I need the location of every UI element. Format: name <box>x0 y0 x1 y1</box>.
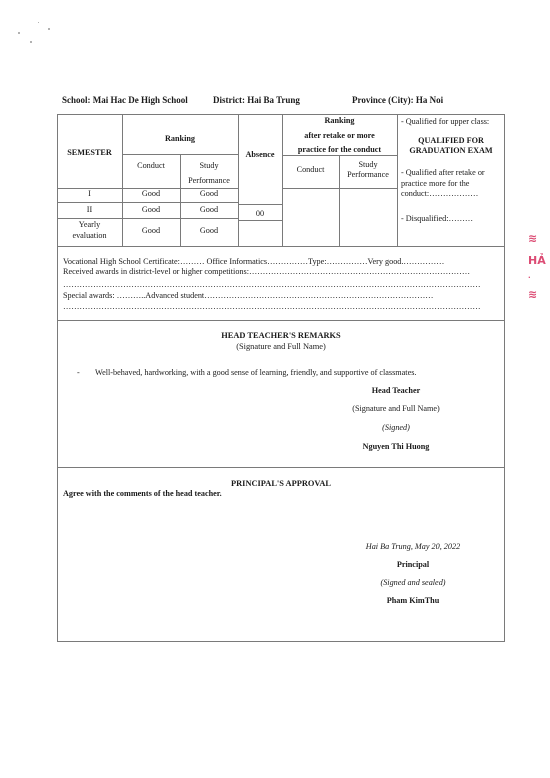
semester-cell: I <box>57 188 122 199</box>
qualified-upper-class-label: - Qualified for upper class: <box>401 117 489 128</box>
head-teacher-title: HEAD TEACHER'S REMARKS <box>57 331 505 340</box>
absence-value: 00 <box>238 208 282 219</box>
conduct-header: Conduct <box>122 160 180 171</box>
stamp-glyph: HẢ <box>528 250 548 272</box>
principal-name: Pham KimThu <box>343 596 483 605</box>
head-teacher-section: HEAD TEACHER'S REMARKS (Signature and Fu… <box>57 320 505 467</box>
retake-study-header: Study Performance <box>339 160 397 180</box>
qualified-after-retake: - Qualified after retake or practice mor… <box>401 168 485 200</box>
province-name: Province (City): Ha Noi <box>352 95 443 105</box>
conduct-cell: Good <box>122 188 180 199</box>
semester-cell: II <box>57 204 122 215</box>
approval-date: Hai Ba Trung, May 20, 2022 <box>343 542 483 551</box>
principal-signed: (Signed and sealed) <box>343 578 483 587</box>
district-name: District: Hai Ba Trung <box>213 95 300 105</box>
retake-ranking-header: Ranking after retake or more practice fo… <box>282 114 397 158</box>
principal-title: PRINCIPAL'S APPROVAL <box>57 479 505 488</box>
head-teacher-role: Head Teacher <box>326 386 466 395</box>
ranking-header: Ranking <box>122 133 238 144</box>
awards-dotted-line: …………………………………………………………………………………………………………… <box>63 280 499 291</box>
study-cell: Good <box>180 225 238 236</box>
retake-conduct-header: Conduct <box>282 164 339 175</box>
red-seal-stamp: ≋ HẢ · ≋ <box>528 228 548 323</box>
semester-header: SEMESTER <box>57 147 122 158</box>
study-cell: Good <box>180 188 238 199</box>
principal-comment: Agree with the comments of the head teac… <box>63 489 222 500</box>
head-teacher-signed: (Signed) <box>326 423 466 432</box>
head-teacher-remark: Well-behaved, hardworking, with a good s… <box>95 368 416 379</box>
qualification-result: QUALIFIED FOR GRADUATION EXAM <box>397 136 505 156</box>
conduct-cell: Good <box>122 204 180 215</box>
semester-cell: Yearly evaluation <box>57 220 122 241</box>
stamp-glyph: · <box>528 272 548 284</box>
school-name: School: Mai Hac De High School <box>62 95 188 105</box>
principal-role: Principal <box>343 560 483 569</box>
study-header: Study Performance <box>180 160 238 182</box>
head-teacher-subtitle: (Signature and Full Name) <box>57 342 505 351</box>
head-teacher-signature-label: (Signature and Full Name) <box>326 404 466 413</box>
remark-bullet: - <box>77 368 80 379</box>
principal-section: PRINCIPAL'S APPROVAL Agree with the comm… <box>57 467 505 642</box>
scan-speck <box>48 28 50 30</box>
disqualified-label: - Disqualified:……… <box>401 214 473 225</box>
district-awards-line: Received awards in district-level or hig… <box>63 267 499 278</box>
head-teacher-name: Nguyen Thi Huong <box>326 442 466 451</box>
awards-dotted-line: …………………………………………………………………………………………………………… <box>63 302 499 313</box>
absence-header: Absence <box>238 149 282 160</box>
scan-speck <box>38 22 39 23</box>
stamp-glyph: ≋ <box>528 228 548 250</box>
special-awards-line: Special awards: ………..Advanced student………… <box>63 291 473 302</box>
study-cell: Good <box>180 204 238 215</box>
vocational-certificate-line: Vocational High School Certificate:……… O… <box>63 257 499 268</box>
conduct-cell: Good <box>122 225 180 236</box>
scan-speck <box>18 32 20 34</box>
scan-speck <box>30 41 32 43</box>
stamp-glyph: ≋ <box>528 284 548 306</box>
